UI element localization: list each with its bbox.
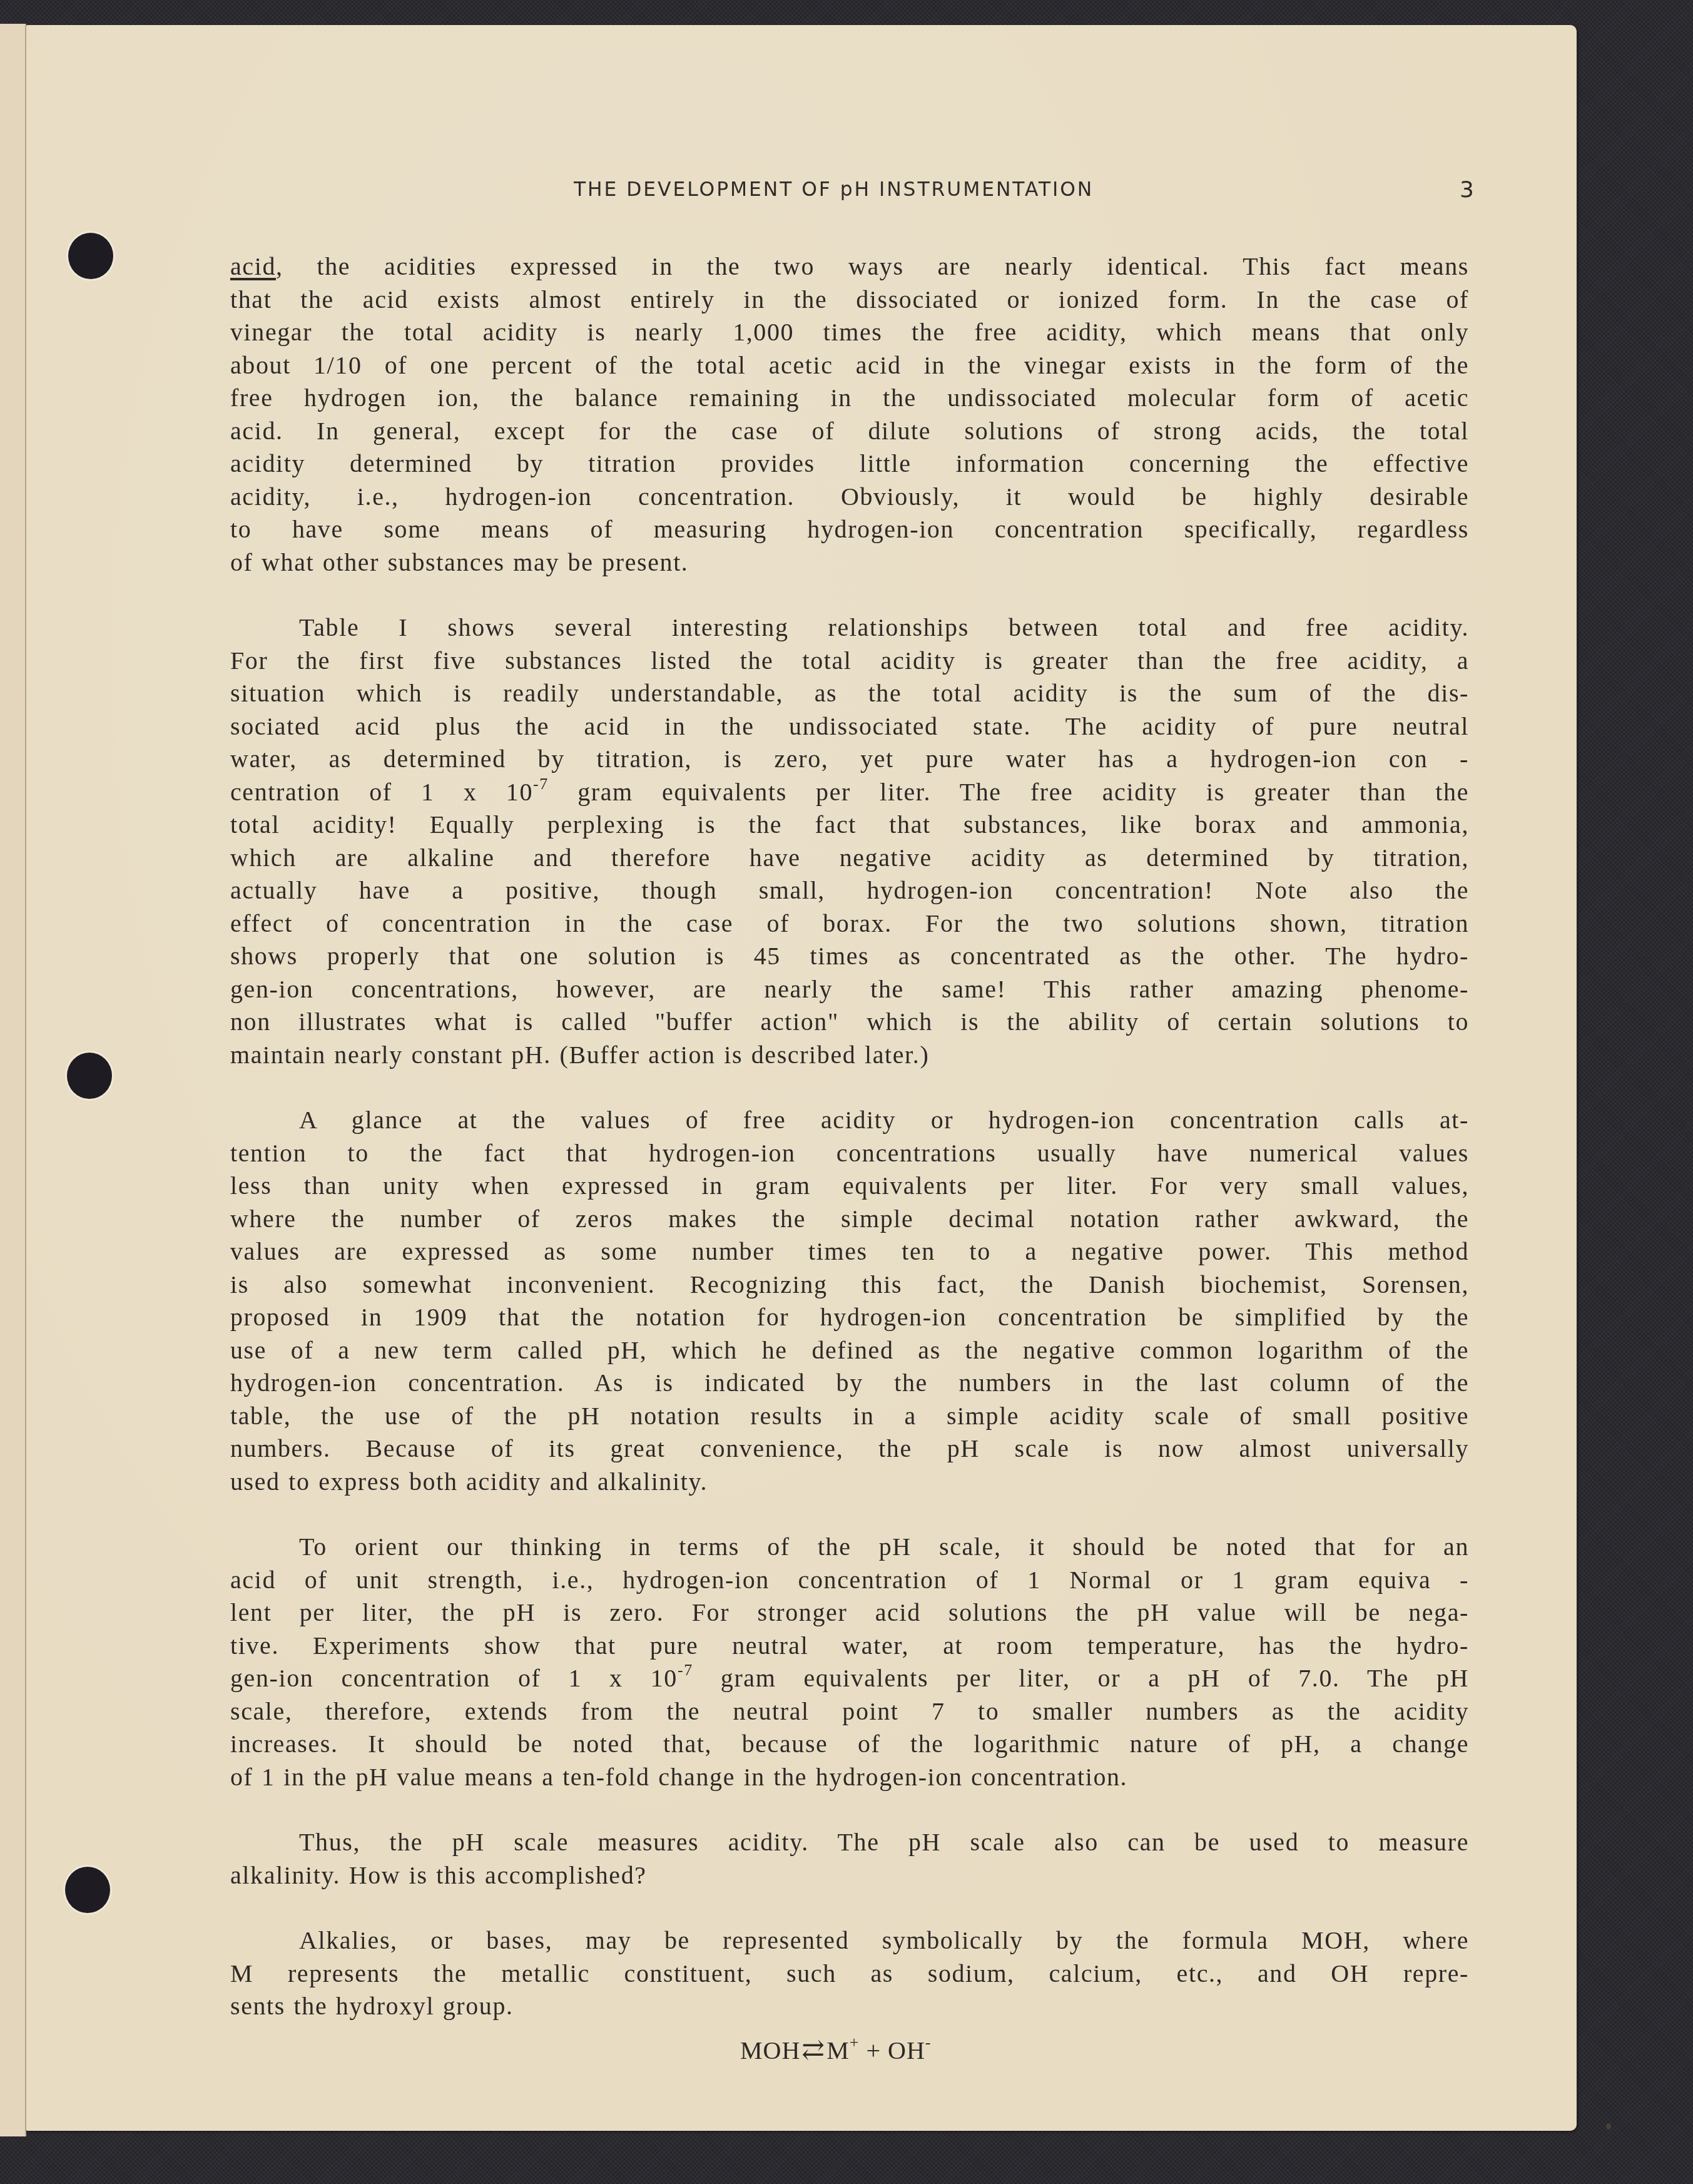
text-line: used to express both acidity and alkalin… bbox=[230, 1466, 1469, 1499]
text-line: effect of concentration in the case of b… bbox=[230, 907, 1469, 941]
equation-product-hydroxyl-charge: - bbox=[925, 2033, 932, 2051]
paragraph: acid, the acidities expressed in the two… bbox=[230, 250, 1469, 579]
text-line: Table I shows several interesting relati… bbox=[230, 611, 1469, 645]
paragraph: Thus, the pH scale measures acidity. The… bbox=[230, 1826, 1469, 1892]
text-line: tention to the fact that hydrogen-ion co… bbox=[230, 1137, 1469, 1170]
equation-product-metal: M bbox=[826, 2036, 850, 2064]
text-line: For the first five substances listed the… bbox=[230, 645, 1469, 678]
line-text: centration of 1 x 10 bbox=[230, 778, 533, 806]
paper-speck bbox=[1606, 2123, 1611, 2130]
text-line: free hydrogen ion, the balance remaining… bbox=[230, 382, 1469, 415]
text-line: tive. Experiments show that pure neutral… bbox=[230, 1630, 1469, 1663]
paragraph: Alkalies, or bases, may be represented s… bbox=[230, 1924, 1469, 2023]
page-number: 3 bbox=[1460, 177, 1474, 203]
equation: MOH⇄M+ + OH- bbox=[740, 2034, 931, 2066]
text-line: total acidity! Equally perplexing is the… bbox=[230, 809, 1469, 842]
text-line: To orient our thinking in terms of the p… bbox=[230, 1531, 1469, 1564]
text-line: Alkalies, or bases, may be represented s… bbox=[230, 1924, 1469, 1957]
text-line: which are alkaline and therefore have ne… bbox=[230, 842, 1469, 875]
text-line: acidity, i.e., hydrogen-ion concentratio… bbox=[230, 481, 1469, 514]
text-line: centration of 1 x 10-7 gram equivalents … bbox=[230, 776, 1469, 809]
text-line: of 1 in the pH value means a ten-fold ch… bbox=[230, 1761, 1469, 1794]
previous-page-edge bbox=[0, 24, 26, 2136]
text-line: is also somewhat inconvenient. Recognizi… bbox=[230, 1268, 1469, 1302]
text-line: about 1/10 of one percent of the total a… bbox=[230, 349, 1469, 382]
text-line: water, as determined by titration, is ze… bbox=[230, 743, 1469, 776]
text-line: that the acid exists almost entirely in … bbox=[230, 283, 1469, 317]
equation-product-hydroxyl: OH bbox=[888, 2036, 925, 2064]
line-text: gram equivalents per liter. The free aci… bbox=[549, 778, 1469, 806]
body-text: acid, the acidities expressed in the two… bbox=[230, 250, 1469, 2056]
text-line: sociated acid plus the acid in the undis… bbox=[230, 710, 1469, 743]
text-line: table, the use of the pH notation result… bbox=[230, 1400, 1469, 1433]
equation-reactant: MOH bbox=[740, 2036, 800, 2064]
underlined-word: acid bbox=[230, 252, 276, 280]
text-line: alkalinity. How is this accomplished? bbox=[230, 1859, 1469, 1892]
text-line: scale, therefore, extends from the neutr… bbox=[230, 1695, 1469, 1728]
exponent: -7 bbox=[533, 775, 549, 793]
text-line: hydrogen-ion concentration. As is indica… bbox=[230, 1367, 1469, 1400]
text-line: gen-ion concentration of 1 x 10-7 gram e… bbox=[230, 1662, 1469, 1695]
text-line: numbers. Because of its great convenienc… bbox=[230, 1432, 1469, 1466]
paragraph: To orient our thinking in terms of the p… bbox=[230, 1531, 1469, 1794]
text-line: values are expressed as some number time… bbox=[230, 1235, 1469, 1268]
text-line: M represents the metallic constituent, s… bbox=[230, 1957, 1469, 1991]
line-text: , the acidities expressed in the two way… bbox=[276, 252, 1469, 280]
text-line: Thus, the pH scale measures acidity. The… bbox=[230, 1826, 1469, 1859]
text-line: acid of unit strength, i.e., hydrogen-io… bbox=[230, 1564, 1469, 1597]
text-line: increases. It should be noted that, beca… bbox=[230, 1728, 1469, 1761]
equilibrium-arrows-icon: ⇄ bbox=[801, 2034, 825, 2066]
running-head: THE DEVELOPMENT OF pH INSTRUMENTATION bbox=[574, 177, 1094, 201]
paragraph: Table I shows several interesting relati… bbox=[230, 611, 1469, 1071]
text-line: situation which is readily understandabl… bbox=[230, 677, 1469, 710]
equation-product-metal-charge: + bbox=[850, 2033, 860, 2051]
paragraph: A glance at the values of free acidity o… bbox=[230, 1104, 1469, 1498]
text-line: proposed in 1909 that the notation for h… bbox=[230, 1301, 1469, 1334]
exponent: -7 bbox=[678, 1661, 693, 1679]
text-line: shows properly that one solution is 45 t… bbox=[230, 940, 1469, 973]
text-line: actually have a positive, though small, … bbox=[230, 874, 1469, 907]
binder-hole bbox=[67, 1053, 112, 1099]
text-line: of what other substances may be present. bbox=[230, 546, 1469, 579]
text-line: less than unity when expressed in gram e… bbox=[230, 1170, 1469, 1203]
text-line: acidity determined by titration provides… bbox=[230, 447, 1469, 481]
line-text: gram equivalents per liter, or a pH of 7… bbox=[693, 1664, 1469, 1692]
text-line: vinegar the total acidity is nearly 1,00… bbox=[230, 316, 1469, 349]
text-line: acid, the acidities expressed in the two… bbox=[230, 250, 1469, 283]
binder-hole bbox=[65, 1867, 110, 1913]
text-line: A glance at the values of free acidity o… bbox=[230, 1104, 1469, 1137]
text-line: sents the hydroxyl group. bbox=[230, 1990, 1469, 2023]
text-line: maintain nearly constant pH. (Buffer act… bbox=[230, 1039, 1469, 1072]
line-text: gen-ion concentration of 1 x 10 bbox=[230, 1664, 678, 1692]
text-line: non illustrates what is called "buffer a… bbox=[230, 1006, 1469, 1039]
text-line: use of a new term called pH, which he de… bbox=[230, 1334, 1469, 1367]
text-line: gen-ion concentrations, however, are nea… bbox=[230, 973, 1469, 1006]
text-line: acid. In general, except for the case of… bbox=[230, 415, 1469, 448]
equation-plus: + bbox=[859, 2036, 888, 2064]
text-line: lent per liter, the pH is zero. For stro… bbox=[230, 1596, 1469, 1630]
binder-hole bbox=[68, 233, 113, 279]
text-line: where the number of zeros makes the simp… bbox=[230, 1203, 1469, 1236]
text-line: to have some means of measuring hydrogen… bbox=[230, 513, 1469, 546]
